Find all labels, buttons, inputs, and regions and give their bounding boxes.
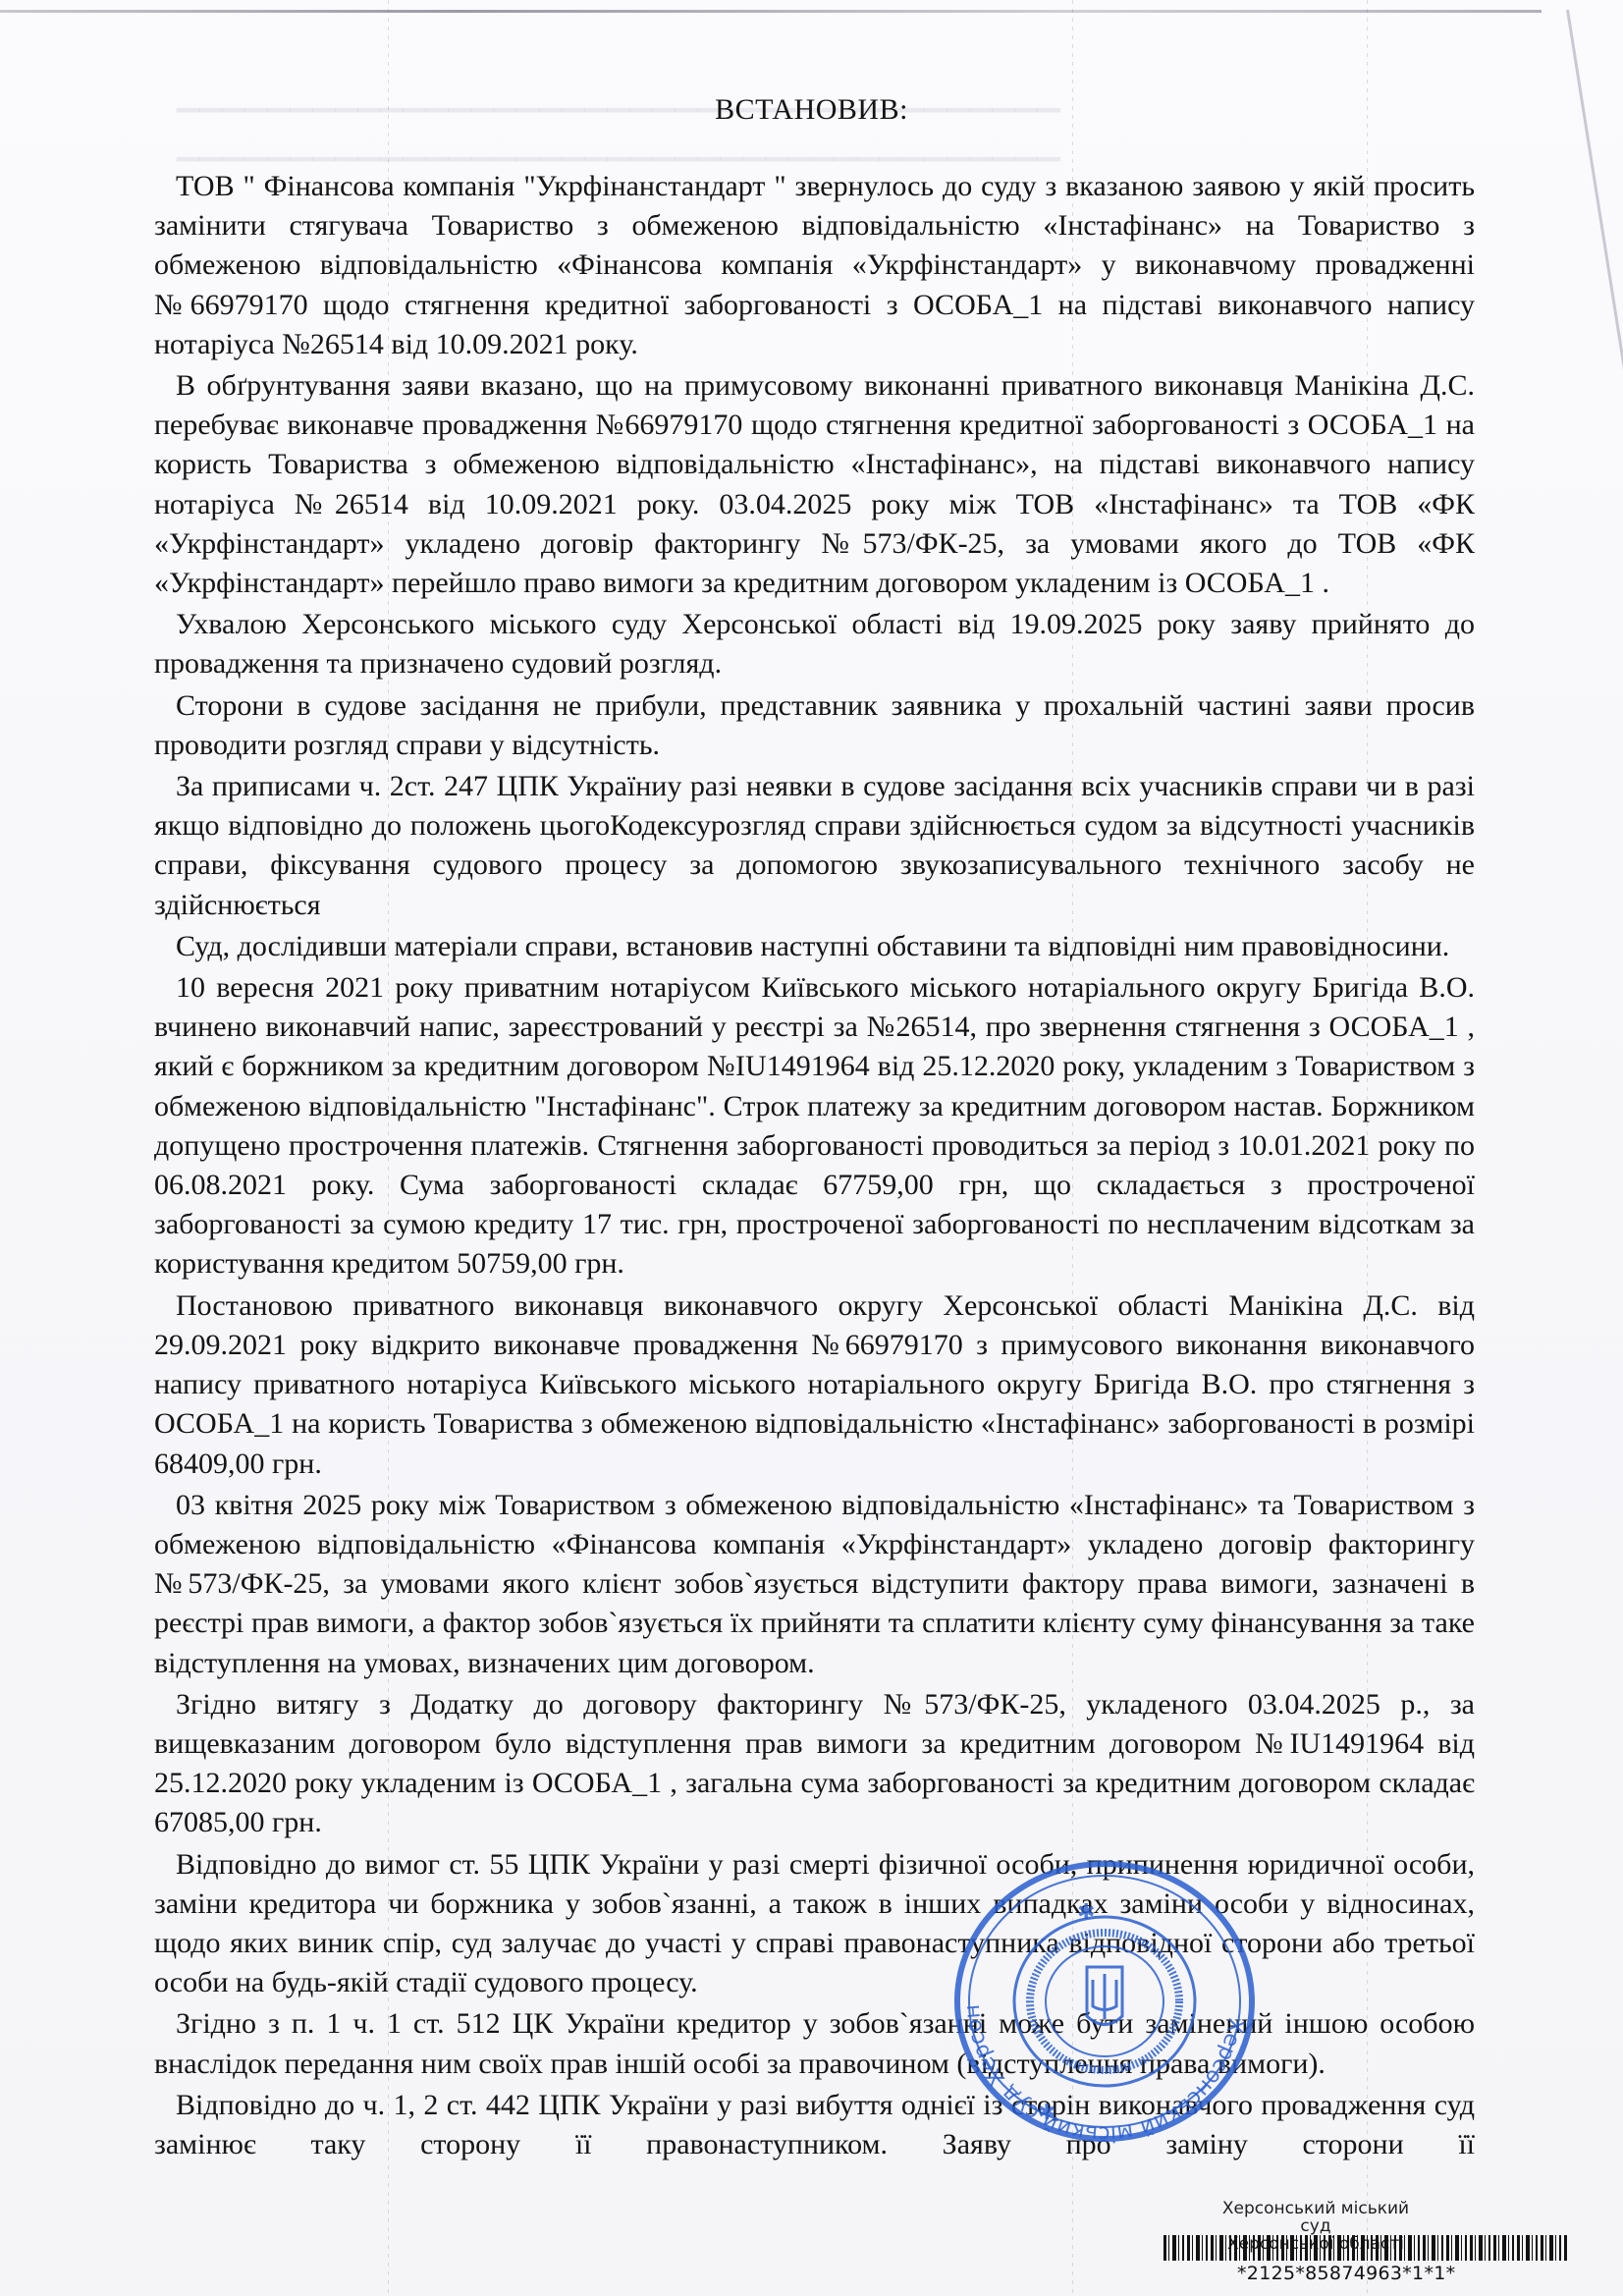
paragraph: Суд, дослідивши матеріали справи, встано… [154, 927, 1475, 966]
page-fold [1566, 10, 1623, 554]
scanned-page: ▁▁▁▁▁▁▁▁▁▁▁▁▁▁▁▁▁▁▁▁▁▁▁▁▁▁▁▁▁▁▁▁▁▁▁▁▁▁▁ … [0, 0, 1623, 2296]
paragraph: 10 вересня 2021 року приватним нотаріусо… [154, 968, 1475, 1285]
barcode-bars [1163, 2235, 1568, 2261]
trident-icon [1087, 1967, 1122, 2025]
paragraph: Відповідно до ч. 1, 2 ст. 442 ЦПК Україн… [154, 2086, 1475, 2164]
barcode-number: *2125*85874963*1*1* [1237, 2263, 1455, 2284]
paragraph: 03 квітня 2025 року між Товариством з об… [154, 1486, 1475, 1683]
paragraph: Згідно витягу з Додатку до договору факт… [154, 1685, 1475, 1843]
paragraph: За приписами ч. 2ст. 247 ЦПК Україниу ра… [154, 767, 1475, 925]
barcode-court-line1: Херсонський міський суд [1217, 2200, 1414, 2235]
paragraph: Відповідно до вимог ст. 55 ЦПК України у… [154, 1845, 1475, 2003]
court-seal-stamp: Херсонський міський суд Херсонської обла… [940, 1854, 1269, 2149]
paragraph: Згідно з п. 1 ч. 1 ст. 512 ЦК України кр… [154, 2004, 1475, 2083]
paragraph: В обґрунтування заяви вказано, що на при… [154, 366, 1475, 603]
bleed-through-text: ▁▁▁▁▁▁▁▁▁▁▁▁▁▁▁▁▁▁▁▁▁▁▁▁▁▁▁▁▁▁▁▁▁▁▁▁▁▁▁ [177, 128, 1060, 162]
scan-edge [0, 10, 1542, 13]
paragraph: Сторони в судове засідання не прибули, п… [154, 686, 1475, 765]
section-heading: ВСТАНОВИВ: [0, 93, 1623, 127]
star-icon: ✱ [1077, 1899, 1095, 1924]
document-body: ТОВ " Фінансова компанія "Укрфінанстанда… [154, 167, 1475, 2164]
paragraph: Ухвалою Херсонського міського суду Херсо… [154, 605, 1475, 683]
paragraph: ТОВ " Фінансова компанія "Укрфінанстанда… [154, 167, 1475, 364]
star-icon: ✱ [1038, 2100, 1055, 2124]
document-barcode: Херсонський міський суд Херсонської обла… [1163, 2200, 1576, 2288]
paragraph: Постановою приватного виконавця виконавч… [154, 1286, 1475, 1484]
